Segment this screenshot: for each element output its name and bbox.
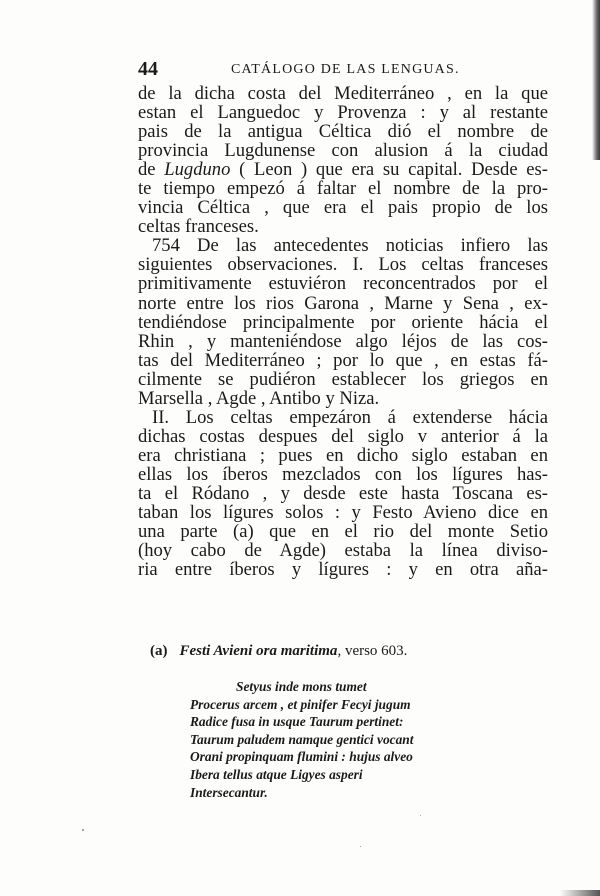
italic-place-name: Lugduno [164, 159, 230, 180]
text-line: cilmente se pudiéron establecer los grie… [138, 370, 548, 389]
text-segment: de [138, 159, 164, 180]
footnote-source-title: Festi Avieni ora maritima [180, 643, 338, 659]
text-line: taban los lígures solos : y Festo Avieno… [138, 503, 548, 522]
paper-speck [420, 815, 421, 816]
text-line: era christiana ; pues en dicho siglo est… [138, 446, 548, 465]
running-head-title: CATÁLOGO DE LAS LENGUAS. [231, 59, 460, 81]
text-line: (hoy cabo de Agde) estaba la línea divis… [138, 541, 548, 560]
text-line: pais de la antigua Céltica dió el nombre… [138, 122, 548, 141]
verse-line: Taurum paludem namque gentici vocant [190, 731, 413, 749]
text-line: vincia Céltica , que era el pais propio … [138, 198, 548, 217]
text-line: te tiempo empezó á faltar el nombre de l… [138, 179, 548, 198]
footnote-mark: (a) [150, 643, 168, 659]
verse-line: Radice fusa in usque Taurum pertinet: [190, 713, 413, 731]
text-line: celtas franceses. [138, 217, 548, 236]
text-line: Marsella , Agde , Antibo y Niza. [138, 389, 548, 408]
text-line: dichas costas despues del siglo v anteri… [138, 427, 548, 446]
text-line: una parte (a) que en el rio del monte Se… [138, 522, 548, 541]
paragraph-II-start: II. Los celtas empezáron á extenderse há… [138, 408, 548, 427]
paper-speck [82, 829, 84, 831]
text-line: siguientes observaciones. I. Los celtas … [138, 255, 548, 274]
running-head: 44 CATÁLOGO DE LAS LENGUAS. [138, 58, 548, 80]
book-page: 44 CATÁLOGO DE LAS LENGUAS. de la dicha … [0, 0, 600, 896]
verse-line: Ibera tellus atque Ligyes asperi [190, 766, 413, 784]
latin-verse-quote: Setyus inde mons tumet Procerus arcem , … [190, 678, 413, 801]
body-text: de la dicha costa del Mediterráneo , en … [138, 84, 548, 579]
text-line: tendiéndose principalmente por oriente h… [138, 313, 548, 332]
text-line: ria entre íberos y lígures : y en otra a… [138, 560, 548, 579]
verse-line: Procerus arcem , et pinifer Fecyi jugum [190, 696, 413, 714]
verse-line: Setyus inde mons tumet [190, 678, 413, 696]
text-line: primitivamente estuviéron reconcentrados… [138, 274, 548, 293]
page-edge-shadow-bottom [560, 890, 600, 896]
paragraph-754-start: 754 De las antecedentes noticias infiero… [138, 236, 548, 255]
footnote-reference: (a)Festi Avieni ora maritima, verso 603. [150, 640, 480, 662]
paper-speck [360, 846, 361, 847]
text-line: provincia Lugdunense con alusion á la ci… [138, 141, 548, 160]
verse-line: Orani propinquam flumini : hujus alveo [190, 748, 413, 766]
page-edge-shadow [592, 0, 600, 160]
footnote-source-suffix: , verso 603. [337, 643, 407, 659]
text-line: ellas los íberos mezclados con los lígur… [138, 465, 548, 484]
text-line: tas del Mediterráneo ; por lo que , en e… [138, 351, 548, 370]
verse-line: Intersecantur. [190, 784, 413, 802]
text-line-lugduno: de Lugduno ( Leon ) que era su capital. … [138, 160, 548, 179]
page-number: 44 [138, 58, 158, 80]
footnote: (a)Festi Avieni ora maritima, verso 603.… [150, 640, 480, 662]
text-line: Rhin , y manteniéndose algo léjos de las… [138, 332, 548, 351]
text-line: norte entre los rios Garona , Marne y Se… [138, 294, 548, 313]
text-line: ta el Ródano , y desde este hasta Toscan… [138, 484, 548, 503]
text-segment: ( Leon ) que era su capital. Desde es- [230, 159, 548, 180]
text-line: de la dicha costa del Mediterráneo , en … [138, 84, 548, 103]
text-line: estan el Languedoc y Provenza : y al res… [138, 103, 548, 122]
